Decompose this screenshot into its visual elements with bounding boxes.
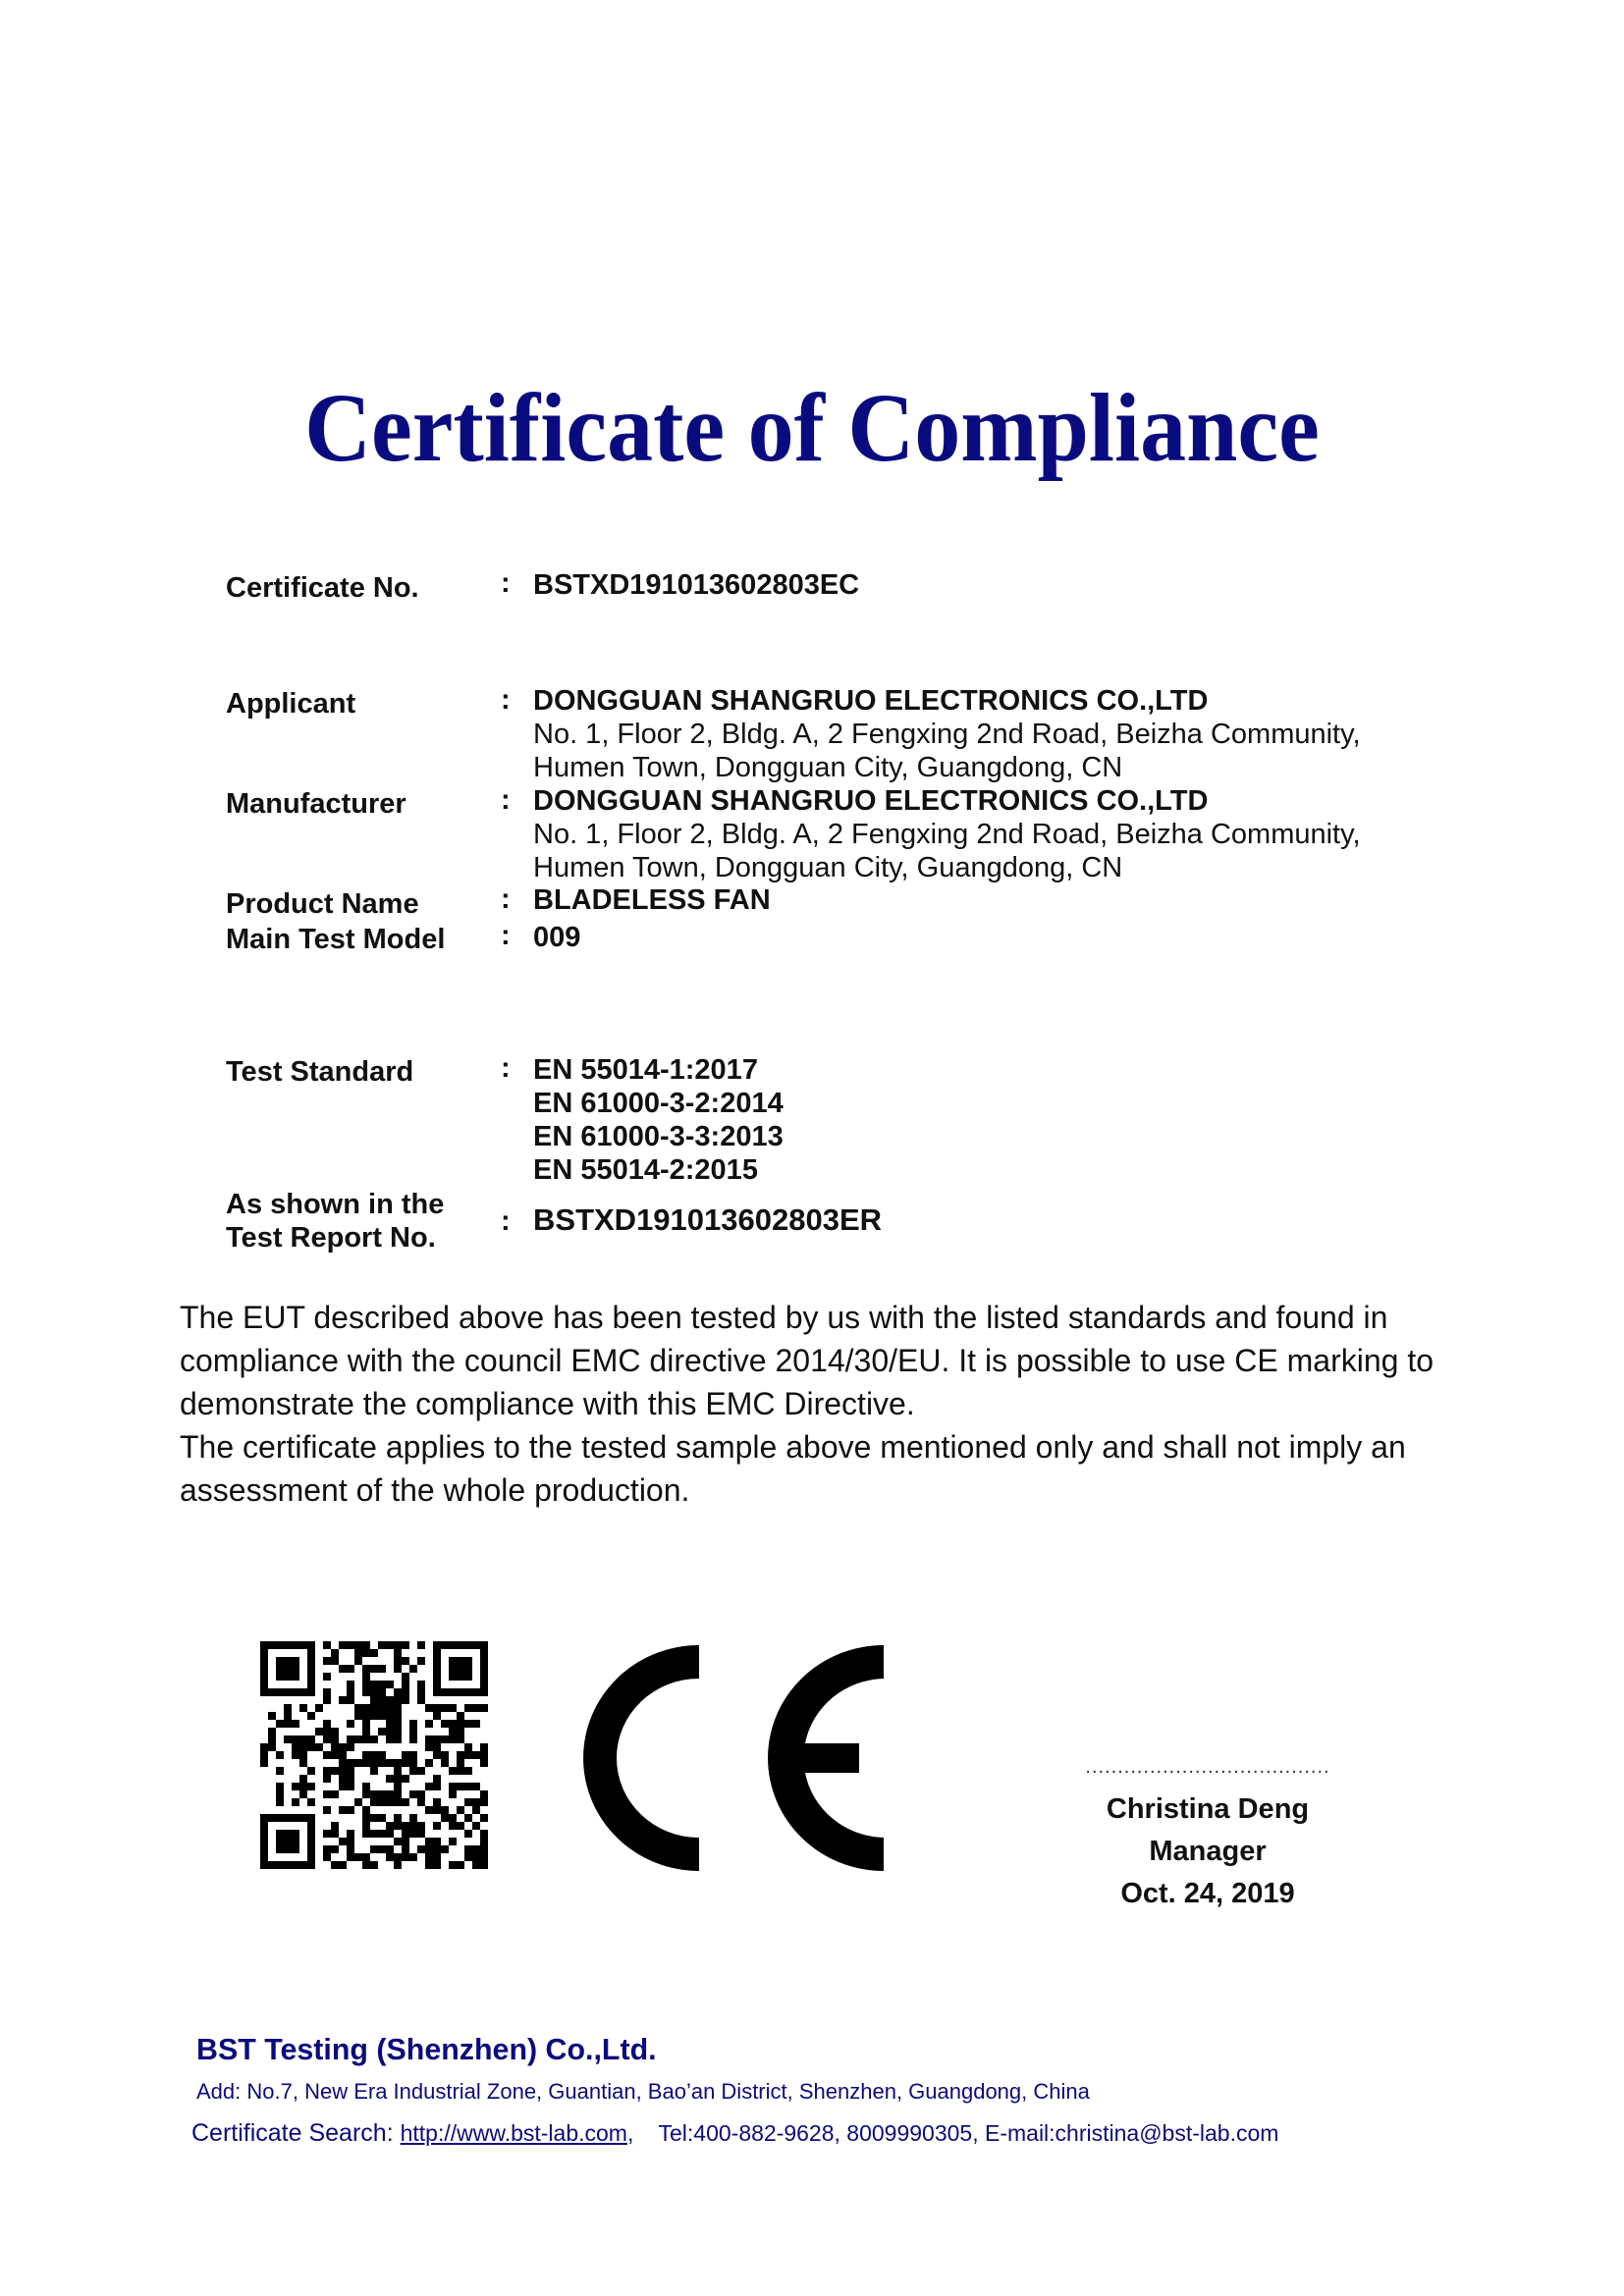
issuer-address: Add: No.7, New Era Industrial Zone, Guan… xyxy=(196,2079,1090,2105)
test-standard-item: EN 61000-3-3:2013 xyxy=(533,1120,784,1153)
signatory-role: Manager xyxy=(1060,1831,1355,1873)
certificate-no-value: BSTXD191013602803EC xyxy=(533,568,859,602)
certificate-search-label: Certificate Search: xyxy=(191,2119,394,2147)
test-report-label: As shown in the Test Report No. xyxy=(226,1188,444,1255)
applicant-value: DONGGUAN SHANGRUO ELECTRONICS CO.,LTD No… xyxy=(533,684,1361,784)
ce-mark-icon xyxy=(579,1645,893,1871)
signatory-name: Christina Deng xyxy=(1060,1789,1355,1831)
test-report-no-value: BSTXD191013602803ER xyxy=(533,1203,882,1237)
test-standard-item: EN 55014-1:2017 xyxy=(533,1053,784,1087)
separator: : xyxy=(501,784,511,817)
signature-date: Oct. 24, 2019 xyxy=(1060,1873,1355,1915)
separator: : xyxy=(501,1205,511,1238)
manufacturer-address-1: No. 1, Floor 2, Bldg. A, 2 Fengxing 2nd … xyxy=(533,818,1361,851)
signature-block: ...................................... C… xyxy=(1060,1757,1355,1915)
manufacturer-address-2: Humen Town, Dongguan City, Guangdong, CN xyxy=(533,851,1361,884)
separator: : xyxy=(501,883,511,916)
applicant-name: DONGGUAN SHANGRUO ELECTRONICS CO.,LTD xyxy=(533,684,1361,718)
test-standard-item: EN 55014-2:2015 xyxy=(533,1153,784,1187)
test-standard-item: EN 61000-3-2:2014 xyxy=(533,1087,784,1120)
issuer-company: BST Testing (Shenzhen) Co.,Ltd. xyxy=(196,2032,657,2067)
product-name-value: BLADELESS FAN xyxy=(533,883,771,917)
applicant-address-1: No. 1, Floor 2, Bldg. A, 2 Fengxing 2nd … xyxy=(533,718,1361,751)
separator: : xyxy=(501,684,511,717)
statement-paragraph-1: The EUT described above has been tested … xyxy=(180,1296,1456,1425)
signature-line: ...................................... xyxy=(1060,1757,1355,1777)
test-standard-values: EN 55014-1:2017 EN 61000-3-2:2014 EN 610… xyxy=(533,1053,784,1187)
applicant-address-2: Humen Town, Dongguan City, Guangdong, CN xyxy=(533,751,1361,784)
test-standard-label: Test Standard xyxy=(226,1055,413,1089)
manufacturer-value: DONGGUAN SHANGRUO ELECTRONICS CO.,LTD No… xyxy=(533,784,1361,884)
manufacturer-name: DONGGUAN SHANGRUO ELECTRONICS CO.,LTD xyxy=(533,784,1361,818)
issuer-contact: Certificate Search: http://www.bst-lab.c… xyxy=(191,2119,1278,2148)
certificate-search-link[interactable]: http://www.bst-lab.com xyxy=(401,2120,627,2146)
compliance-statement: The EUT described above has been tested … xyxy=(180,1296,1456,1512)
certificate-no-label: Certificate No. xyxy=(226,571,419,605)
product-name-label: Product Name xyxy=(226,887,419,921)
separator: : xyxy=(501,1052,511,1085)
main-test-model-value: 009 xyxy=(533,921,580,954)
manufacturer-label: Manufacturer xyxy=(226,787,406,821)
applicant-label: Applicant xyxy=(226,687,355,721)
main-test-model-label: Main Test Model xyxy=(226,923,445,956)
page-title: Certificate of Compliance xyxy=(49,371,1576,484)
separator: : xyxy=(501,567,511,600)
separator: : xyxy=(501,920,511,952)
contact-details: , Tel:400-882-9628, 8009990305, E-mail:c… xyxy=(627,2120,1278,2146)
statement-paragraph-2: The certificate applies to the tested sa… xyxy=(180,1425,1456,1512)
qr-code-icon xyxy=(260,1641,488,1869)
